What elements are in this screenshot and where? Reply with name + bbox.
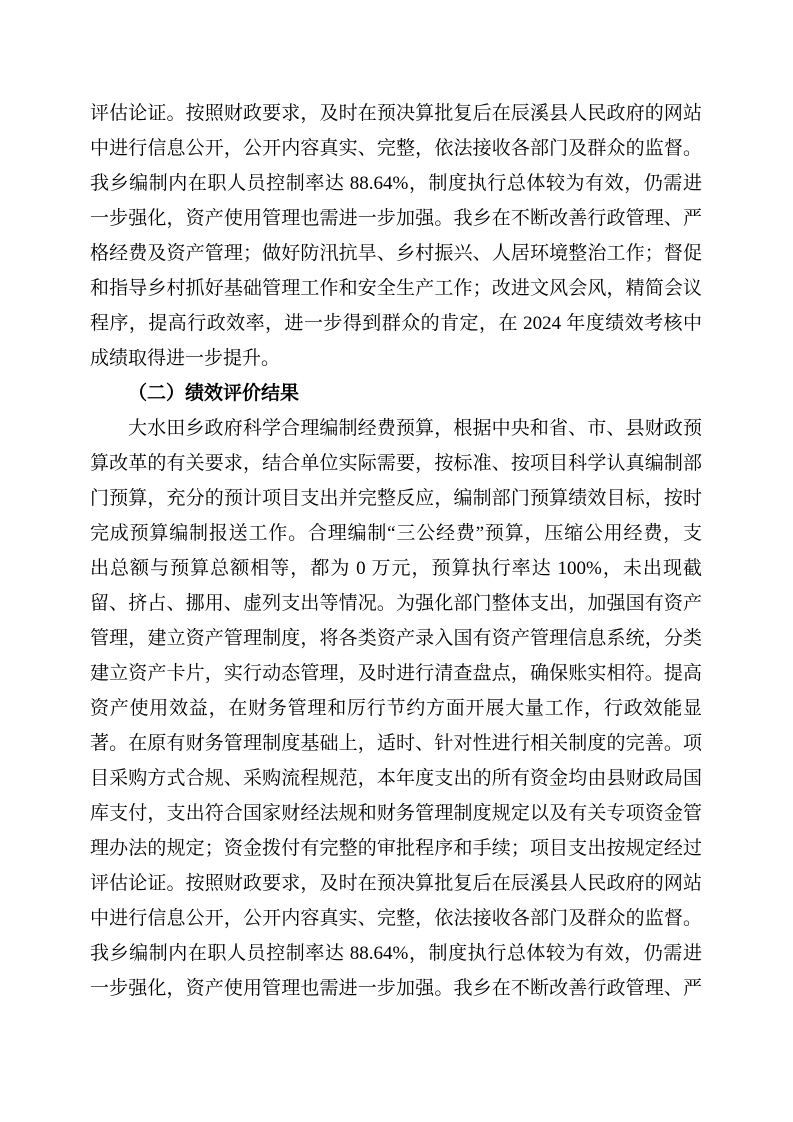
text-line: 留、挤占、挪用、虚列支出等情况。为强化部门整体支出，加强国有资产 xyxy=(90,586,702,621)
text-line: 算改革的有关要求，结合单位实际需要，按标准、按项目科学认真编制部 xyxy=(90,446,702,481)
section-heading: （二）绩效评价结果 xyxy=(90,376,702,411)
text-line: 中进行信息公开，公开内容真实、完整，依法接收各部门及群众的监督。 xyxy=(90,901,702,936)
text-line: 格经费及资产管理；做好防汛抗旱、乡村振兴、人居环境整治工作；督促 xyxy=(90,236,702,271)
text-line: 管理，建立资产管理制度，将各类资产录入国有资产管理信息系统，分类 xyxy=(90,621,702,656)
text-line-paragraph-start: 大水田乡政府科学合理编制经费预算，根据中央和省、市、县财政预 xyxy=(90,411,702,446)
text-line: 和指导乡村抓好基础管理工作和安全生产工作；改进文风会风，精简会议 xyxy=(90,271,702,306)
text-line: 目采购方式合规、采购流程规范，本年度支出的所有资金均由县财政局国 xyxy=(90,761,702,796)
document-page: 评估论证。按照财政要求，及时在预决算批复后在辰溪县人民政府的网站 中进行信息公开… xyxy=(0,0,793,1122)
text-line: 一步强化，资产使用管理也需进一步加强。我乡在不断改善行政管理、严 xyxy=(90,201,702,236)
text-line: 门预算，充分的预计项目支出并完整反应，编制部门预算绩效目标，按时 xyxy=(90,481,702,516)
document-text-block: 评估论证。按照财政要求，及时在预决算批复后在辰溪县人民政府的网站 中进行信息公开… xyxy=(90,96,702,1006)
text-line-paragraph-end: 成绩取得进一步提升。 xyxy=(90,341,702,376)
text-line: 资产使用效益，在财务管理和厉行节约方面开展大量工作，行政效能显 xyxy=(90,691,702,726)
text-line: 建立资产卡片，实行动态管理，及时进行清查盘点，确保账实相符。提高 xyxy=(90,656,702,691)
text-line: 一步强化，资产使用管理也需进一步加强。我乡在不断改善行政管理、严 xyxy=(90,971,702,1006)
text-line: 中进行信息公开，公开内容真实、完整，依法接收各部门及群众的监督。 xyxy=(90,131,702,166)
text-line: 库支付，支出符合国家财经法规和财务管理制度规定以及有关专项资金管 xyxy=(90,796,702,831)
text-line: 我乡编制内在职人员控制率达 88.64%，制度执行总体较为有效，仍需进 xyxy=(90,166,702,201)
text-line: 评估论证。按照财政要求，及时在预决算批复后在辰溪县人民政府的网站 xyxy=(90,866,702,901)
text-line: 我乡编制内在职人员控制率达 88.64%，制度执行总体较为有效，仍需进 xyxy=(90,936,702,971)
text-line: 出总额与预算总额相等，都为 0 万元，预算执行率达 100%，未出现截 xyxy=(90,551,702,586)
text-line: 理办法的规定；资金拨付有完整的审批程序和手续；项目支出按规定经过 xyxy=(90,831,702,866)
text-line: 程序，提高行政效率，进一步得到群众的肯定，在 2024 年度绩效考核中 xyxy=(90,306,702,341)
text-line: 评估论证。按照财政要求，及时在预决算批复后在辰溪县人民政府的网站 xyxy=(90,96,702,131)
text-line: 完成预算编制报送工作。合理编制“三公经费”预算，压缩公用经费，支 xyxy=(90,516,702,551)
text-line: 著。在原有财务管理制度基础上，适时、针对性进行相关制度的完善。项 xyxy=(90,726,702,761)
